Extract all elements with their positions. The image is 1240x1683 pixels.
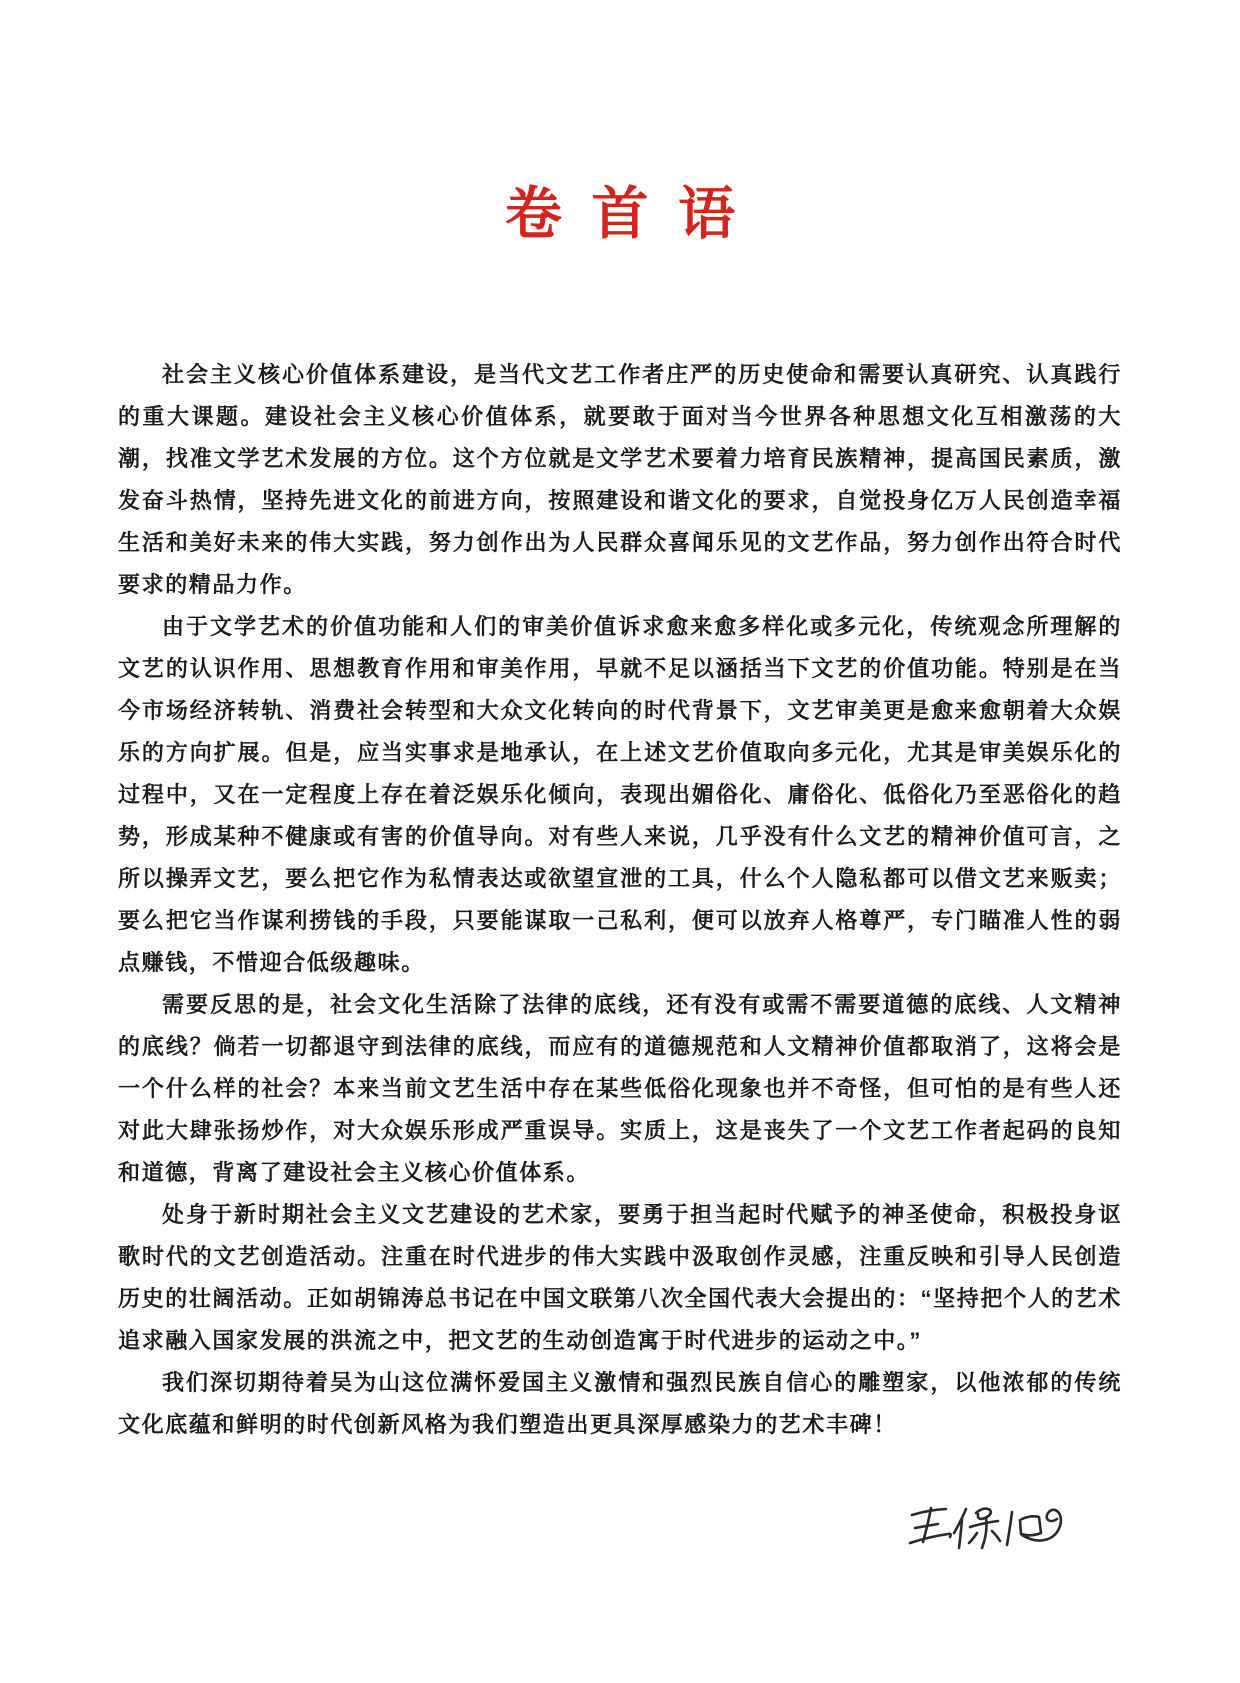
- paragraph-4: 处身于新时期社会主义文艺建设的艺术家，要勇于担当起时代赋予的神圣使命，积极投身讴…: [118, 1194, 1122, 1362]
- paragraph-5: 我们深切期待着吴为山这位满怀爱国主义激情和强烈民族自信心的雕塑家，以他浓郁的传统…: [118, 1362, 1122, 1446]
- foreword-body: 社会主义核心价值体系建设，是当代文艺工作者庄严的历史使命和需要认真研究、认真践行…: [118, 354, 1122, 1570]
- signature-area: [118, 1488, 1122, 1570]
- paragraph-1: 社会主义核心价值体系建设，是当代文艺工作者庄严的历史使命和需要认真研究、认真践行…: [118, 354, 1122, 606]
- page-title: 卷首语: [0, 0, 1240, 250]
- paragraph-3: 需要反思的是，社会文化生活除了法律的底线，还有没有或需不需要道德的底线、人文精神…: [118, 984, 1122, 1194]
- paragraph-2: 由于文学艺术的价值功能和人们的审美价值诉求愈来愈多样化或多元化，传统观念所理解的…: [118, 606, 1122, 984]
- handwritten-signature-image: [898, 1488, 1084, 1570]
- foreword-page: 卷首语 社会主义核心价值体系建设，是当代文艺工作者庄严的历史使命和需要认真研究、…: [0, 0, 1240, 1683]
